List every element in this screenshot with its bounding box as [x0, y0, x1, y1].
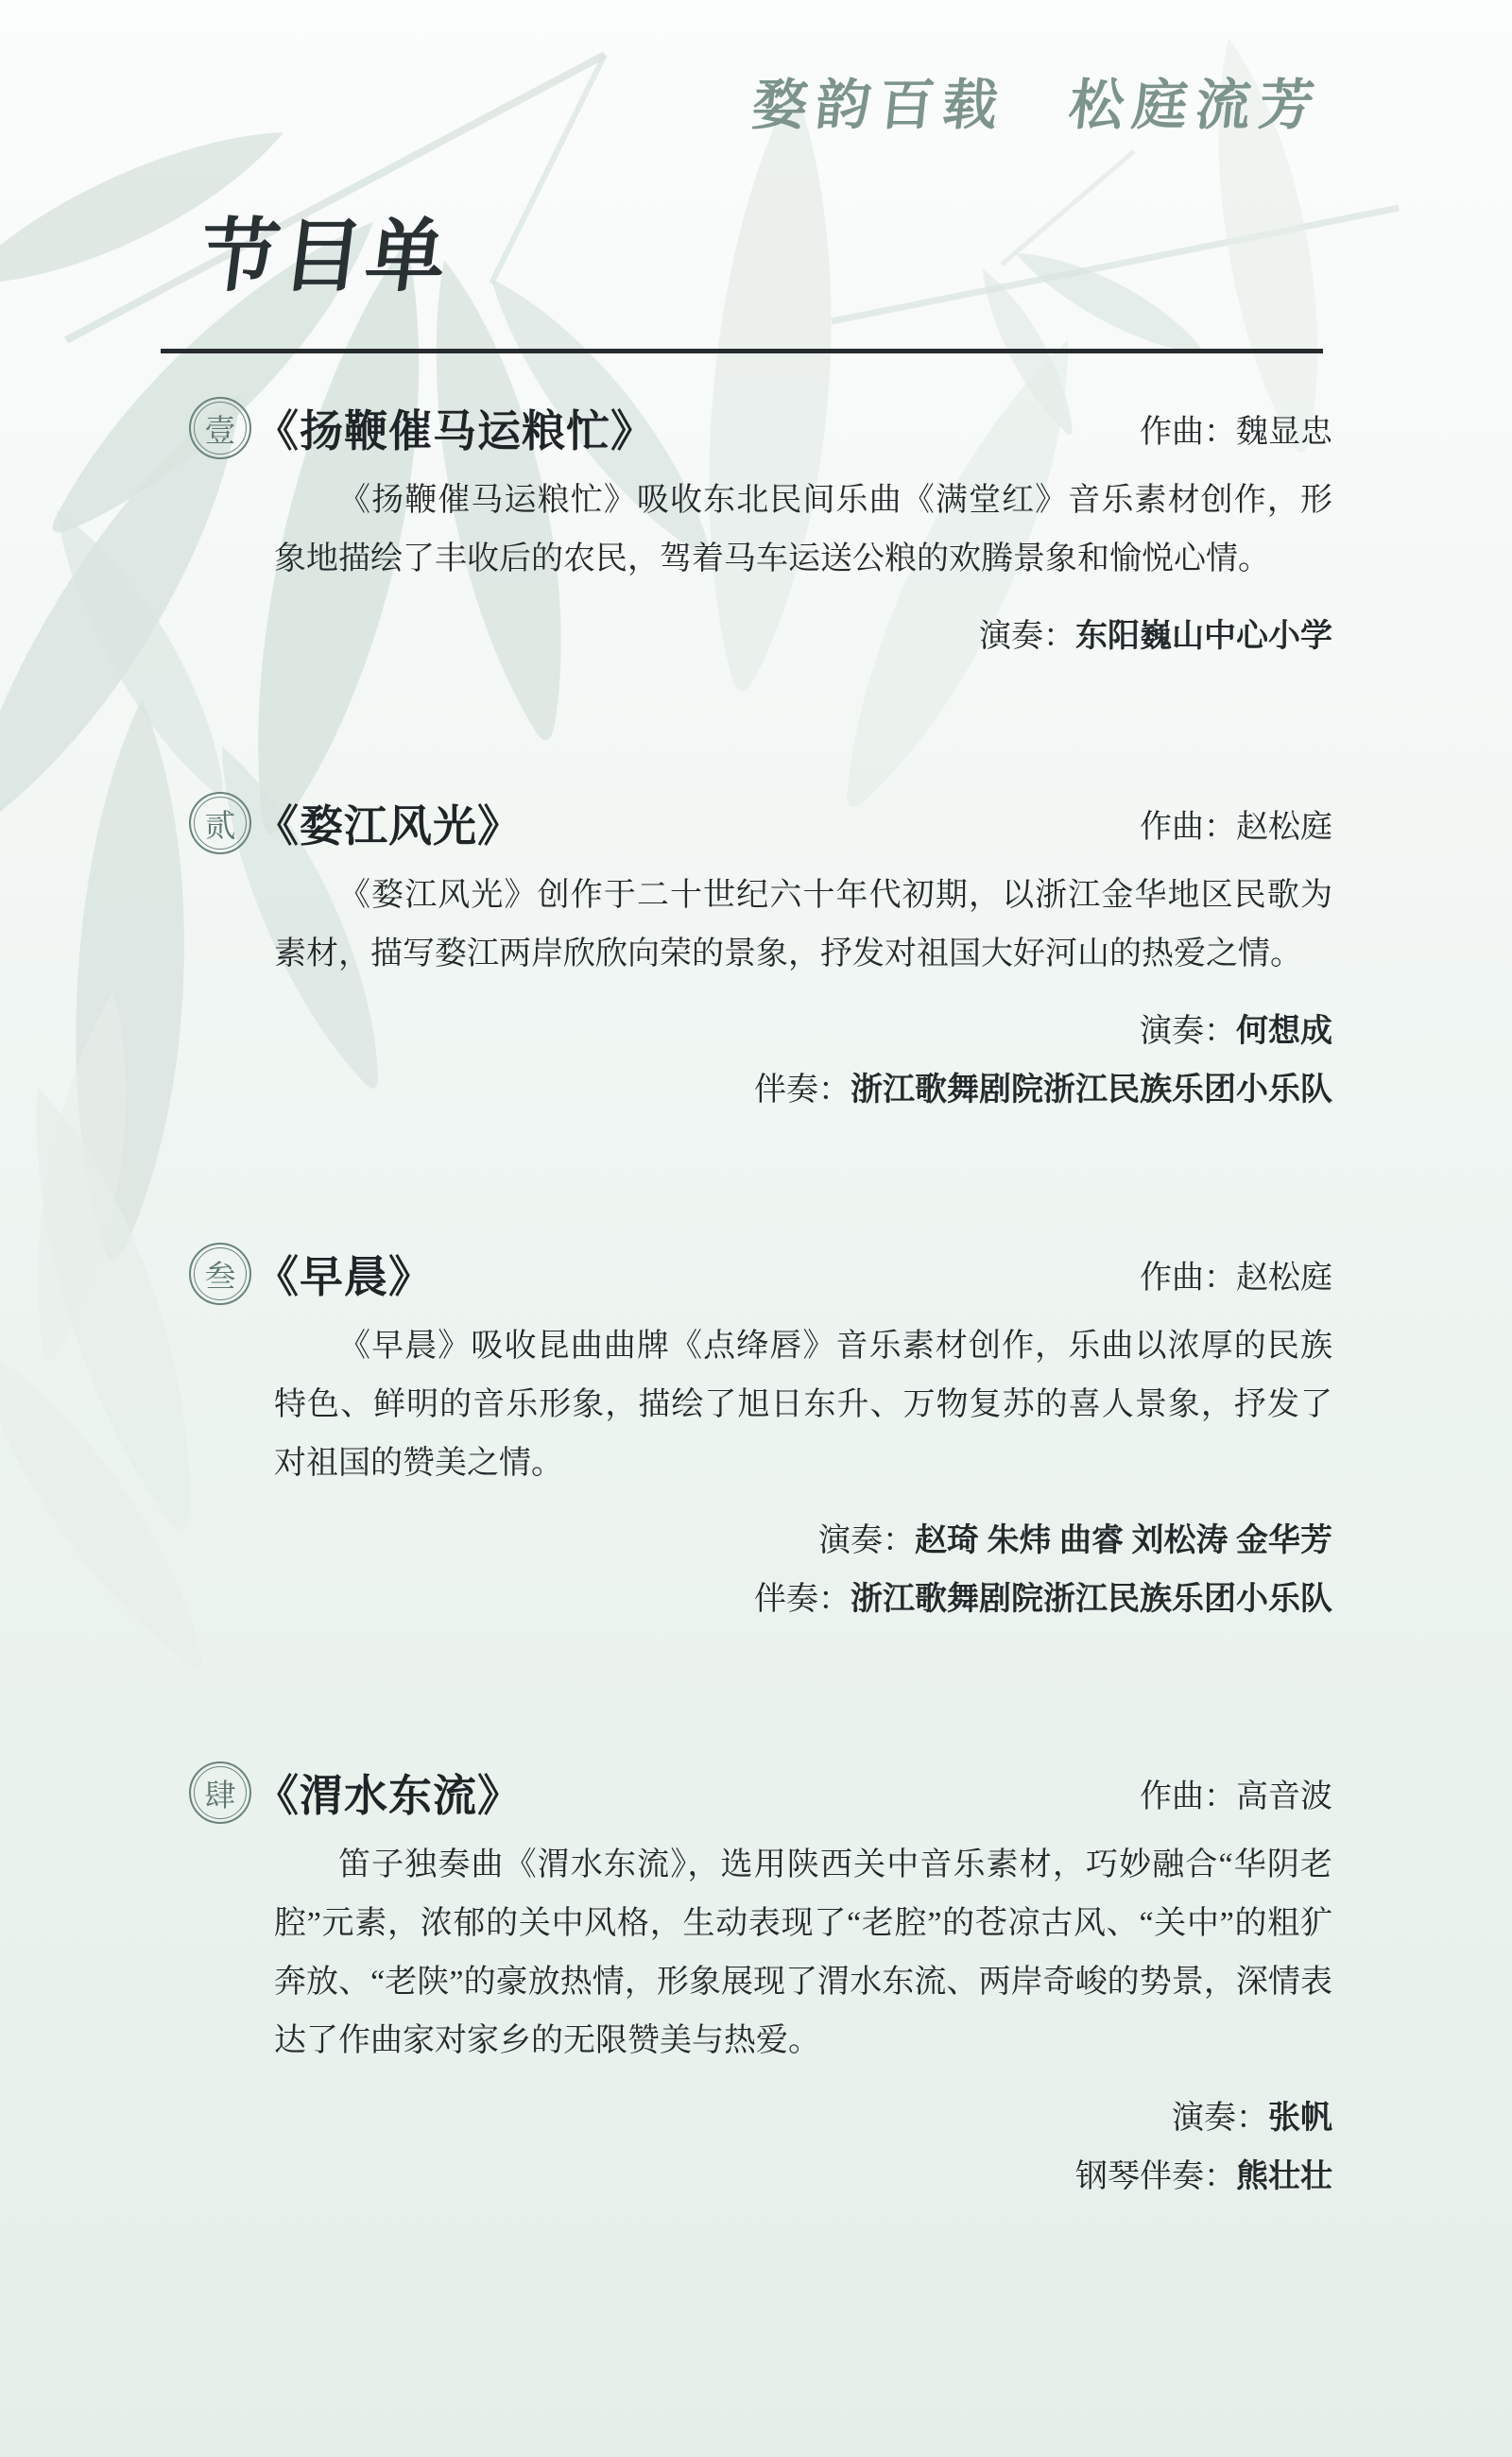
- composer-name: 赵松庭: [1236, 1261, 1332, 1296]
- piece-title: 《渭水东流》: [255, 1761, 522, 1824]
- credit-label: 演奏：: [1140, 1014, 1236, 1049]
- credit-line: 伴奏：浙江歌舞剧院浙江民族乐团小乐队: [161, 1061, 1332, 1120]
- program-content: 节目单 壹 《扬鞭催马运粮忙》 作曲：魏显忠 《扬鞭催马运粮忙》吸收东北民间乐曲…: [161, 0, 1332, 2207]
- program-item: 壹 《扬鞭催马运粮忙》 作曲：魏显忠 《扬鞭催马运粮忙》吸收东北民间乐曲《满堂红…: [161, 397, 1332, 666]
- title-divider: [161, 349, 1323, 353]
- item-number-seal-icon: 叁: [189, 1243, 251, 1305]
- credit-value: 熊壮壮: [1236, 2159, 1332, 2194]
- item-number-seal-icon: 肆: [189, 1761, 251, 1824]
- credit-value: 何想成: [1236, 1014, 1332, 1049]
- composer-line: 作曲：魏显忠: [1140, 405, 1332, 452]
- item-header: 壹 《扬鞭催马运粮忙》 作曲：魏显忠: [161, 397, 1332, 459]
- piece-title: 《扬鞭催马运粮忙》: [255, 397, 655, 459]
- item-number-seal-icon: 贰: [189, 792, 251, 854]
- credits-block: 演奏：何想成 伴奏：浙江歌舞剧院浙江民族乐团小乐队: [161, 1003, 1332, 1120]
- credit-label: 钢琴伴奏：: [1075, 2159, 1236, 2194]
- credit-label: 伴奏：: [754, 1073, 850, 1108]
- composer-label: 作曲：: [1140, 1261, 1236, 1296]
- credits-block: 演奏：赵琦 朱炜 曲睿 刘松涛 金华芳 伴奏：浙江歌舞剧院浙江民族乐团小乐队: [161, 1512, 1332, 1629]
- piece-description: 《扬鞭催马运粮忙》吸收东北民间乐曲《满堂红》音乐素材创作，形象地描绘了丰收后的农…: [274, 472, 1332, 589]
- item-header: 肆 《渭水东流》 作曲：高音波: [161, 1761, 1332, 1824]
- credit-line: 钢琴伴奏：熊壮壮: [161, 2148, 1332, 2207]
- credit-label: 演奏：: [1172, 2101, 1268, 2136]
- credits-block: 演奏：东阳巍山中心小学: [161, 608, 1332, 666]
- piece-description: 笛子独奏曲《渭水东流》，选用陕西关中音乐素材，巧妙融合“华阴老腔”元素，浓郁的关…: [274, 1836, 1332, 2070]
- item-number-seal-icon: 壹: [189, 397, 251, 459]
- composer-name: 魏显忠: [1236, 415, 1332, 450]
- credit-line: 演奏：张帆: [161, 2089, 1332, 2148]
- composer-name: 赵松庭: [1236, 810, 1332, 845]
- piece-title: 《早晨》: [255, 1243, 433, 1305]
- credit-line: 演奏：何想成: [161, 1003, 1332, 1061]
- credit-value: 赵琦 朱炜 曲睿 刘松涛 金华芳: [915, 1523, 1332, 1558]
- item-header: 贰 《婺江风光》 作曲：赵松庭: [161, 792, 1332, 854]
- seal-number: 肆: [194, 1766, 247, 1819]
- composer-label: 作曲：: [1140, 415, 1236, 450]
- seal-number: 贰: [194, 797, 247, 850]
- program-page: { "theme": { "background_top": "#fbfdfc"…: [0, 0, 1512, 2457]
- credits-block: 演奏：张帆 钢琴伴奏：熊壮壮: [161, 2089, 1332, 2207]
- composer-label: 作曲：: [1140, 1779, 1236, 1814]
- page-title: 节目单: [195, 217, 455, 299]
- credit-label: 伴奏：: [754, 1582, 850, 1617]
- credit-value: 浙江歌舞剧院浙江民族乐团小乐队: [850, 1073, 1332, 1108]
- composer-label: 作曲：: [1140, 810, 1236, 845]
- composer-line: 作曲：高音波: [1140, 1770, 1332, 1816]
- credit-line: 演奏：赵琦 朱炜 曲睿 刘松涛 金华芳: [161, 1512, 1332, 1571]
- credit-line: 演奏：东阳巍山中心小学: [161, 608, 1332, 666]
- program-list: 壹 《扬鞭催马运粮忙》 作曲：魏显忠 《扬鞭催马运粮忙》吸收东北民间乐曲《满堂红…: [161, 397, 1332, 2207]
- composer-name: 高音波: [1236, 1779, 1332, 1814]
- credit-line: 伴奏：浙江歌舞剧院浙江民族乐团小乐队: [161, 1571, 1332, 1629]
- credit-value: 浙江歌舞剧院浙江民族乐团小乐队: [850, 1582, 1332, 1617]
- credit-value: 东阳巍山中心小学: [1075, 619, 1332, 654]
- piece-description: 《婺江风光》创作于二十世纪六十年代初期，以浙江金华地区民歌为素材，描写婺江两岸欣…: [274, 867, 1332, 984]
- seal-number: 叁: [194, 1247, 247, 1300]
- credit-value: 张帆: [1268, 2101, 1332, 2136]
- seal-number: 壹: [194, 402, 247, 455]
- composer-line: 作曲：赵松庭: [1140, 1251, 1332, 1297]
- item-header: 叁 《早晨》 作曲：赵松庭: [161, 1243, 1332, 1305]
- credit-label: 演奏：: [818, 1523, 915, 1558]
- program-item: 叁 《早晨》 作曲：赵松庭 《早晨》吸收昆曲曲牌《点绛唇》音乐素材创作，乐曲以浓…: [161, 1243, 1332, 1629]
- credit-label: 演奏：: [979, 619, 1075, 654]
- program-item: 贰 《婺江风光》 作曲：赵松庭 《婺江风光》创作于二十世纪六十年代初期，以浙江金…: [161, 792, 1332, 1120]
- piece-title: 《婺江风光》: [255, 792, 522, 854]
- piece-description: 《早晨》吸收昆曲曲牌《点绛唇》音乐素材创作，乐曲以浓厚的民族特色、鲜明的音乐形象…: [274, 1317, 1332, 1493]
- program-item: 肆 《渭水东流》 作曲：高音波 笛子独奏曲《渭水东流》，选用陕西关中音乐素材，巧…: [161, 1761, 1332, 2207]
- composer-line: 作曲：赵松庭: [1140, 800, 1332, 847]
